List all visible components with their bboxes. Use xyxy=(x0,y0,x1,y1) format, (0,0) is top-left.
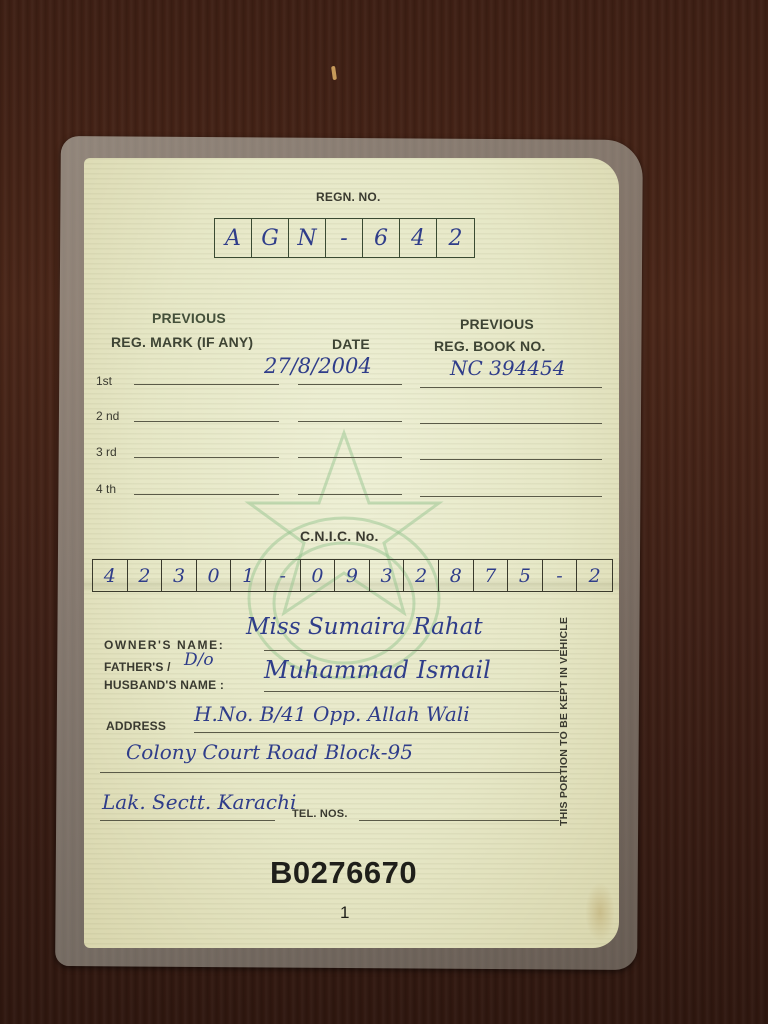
cnic-boxes: 4 2 3 0 1 - 0 9 3 2 8 7 5 - 2 xyxy=(92,559,613,592)
date-line xyxy=(298,494,402,495)
cnic-char: 8 xyxy=(439,560,474,591)
owner-name-value: Miss Sumaira Rahat xyxy=(246,614,483,640)
regn-no-boxes: A G N - 6 4 2 xyxy=(214,218,475,258)
regn-char: N xyxy=(289,219,326,257)
address-line2-value: Colony Court Road Block-95 xyxy=(126,740,413,764)
cnic-char: 4 xyxy=(93,560,128,591)
address-line-2 xyxy=(100,772,560,773)
father-name-line xyxy=(264,691,559,692)
cnic-char: 3 xyxy=(162,560,197,591)
address-line-1 xyxy=(194,732,559,733)
regn-char: 2 xyxy=(437,219,474,257)
wood-surface-speck xyxy=(331,66,337,80)
cnic-char: 2 xyxy=(577,560,612,591)
emblem-watermark-icon xyxy=(229,423,459,683)
row-label-2nd: 2 nd xyxy=(96,409,119,423)
paper-stain xyxy=(585,882,615,942)
address-line-3 xyxy=(100,820,275,821)
regn-char: G xyxy=(252,219,289,257)
address-label: ADDRESS xyxy=(106,719,166,733)
row-label-1st: 1st xyxy=(96,374,112,388)
reg-mark-line xyxy=(134,457,279,458)
reg-mark-line xyxy=(134,384,279,385)
book-no-line xyxy=(420,423,602,424)
prev-reg-mark-header-line1: PREVIOUS xyxy=(152,310,226,326)
date-line xyxy=(298,421,402,422)
date-line xyxy=(298,384,402,385)
prev-book-header-line2: REG. BOOK NO. xyxy=(434,338,546,354)
cnic-char: 1 xyxy=(231,560,266,591)
regn-no-label: REGN. NO. xyxy=(316,190,380,204)
address-line3-value: Lak. Sectt. Karachi xyxy=(102,790,296,814)
row1-date-value: 27/8/2004 xyxy=(264,354,372,378)
address-line1-value: H.No. B/41 Opp. Allah Wali xyxy=(194,702,470,726)
cnic-char: 2 xyxy=(404,560,439,591)
date-header: DATE xyxy=(332,336,370,352)
book-no-line xyxy=(420,496,602,497)
date-line xyxy=(298,457,402,458)
keep-in-vehicle-note: THIS PORTION TO BE KEPT IN VEHICLE xyxy=(558,617,570,826)
regn-char: 6 xyxy=(363,219,400,257)
prev-reg-mark-header-line2: REG. MARK (IF ANY) xyxy=(111,334,253,350)
prev-book-header-line1: PREVIOUS xyxy=(460,316,534,332)
cnic-char: 3 xyxy=(370,560,405,591)
cnic-char: 2 xyxy=(128,560,163,591)
row-label-4th: 4 th xyxy=(96,482,116,496)
regn-char: 4 xyxy=(400,219,437,257)
page-number: 1 xyxy=(340,903,349,923)
book-no-line xyxy=(420,459,602,460)
row-label-3rd: 3 rd xyxy=(96,445,117,459)
regn-char: A xyxy=(215,219,252,257)
cnic-char: 9 xyxy=(335,560,370,591)
tel-nos-label: TEL. NOS. xyxy=(292,808,348,820)
cnic-char: 0 xyxy=(301,560,336,591)
fathers-label: FATHER'S / xyxy=(104,660,171,674)
cnic-label: C.N.I.C. No. xyxy=(300,528,379,544)
regn-char: - xyxy=(326,219,363,257)
relation-value: D/o xyxy=(184,650,214,670)
serial-number: B0276670 xyxy=(270,855,417,891)
cnic-char: - xyxy=(266,560,301,591)
owner-name-line xyxy=(264,650,559,651)
registration-book-page: REGN. NO. A G N - 6 4 2 PREVIOUS REG. MA… xyxy=(84,158,619,948)
row1-book-no-value: NC 394454 xyxy=(450,356,566,380)
cnic-char: 0 xyxy=(197,560,232,591)
cnic-char: - xyxy=(543,560,578,591)
book-no-line xyxy=(420,387,602,388)
tel-nos-line xyxy=(359,820,559,821)
reg-mark-line xyxy=(134,421,279,422)
cnic-char: 5 xyxy=(508,560,543,591)
father-name-value: Muhammad Ismail xyxy=(264,656,491,684)
husbands-name-label: HUSBAND'S NAME : xyxy=(104,678,224,692)
cnic-char: 7 xyxy=(474,560,509,591)
reg-mark-line xyxy=(134,494,279,495)
